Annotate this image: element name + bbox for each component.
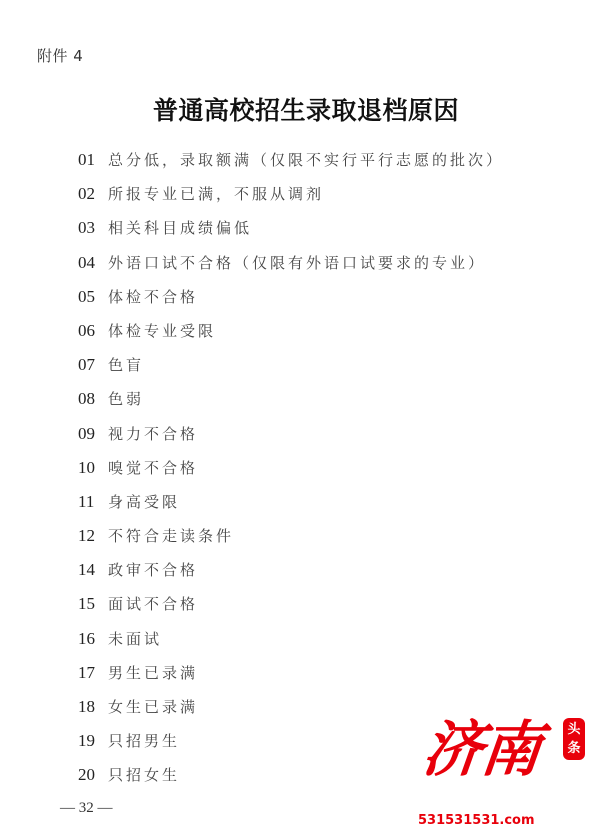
reason-list: 01总分低，录取额满（仅限不实行平行志愿的批次） 02所报专业已满，不服从调剂 … bbox=[78, 148, 504, 798]
page-number: — 32 — bbox=[60, 800, 113, 817]
list-item: 01总分低，录取额满（仅限不实行平行志愿的批次） bbox=[78, 148, 504, 182]
reason-text: 身高受限 bbox=[108, 490, 180, 514]
reason-text: 总分低，录取额满（仅限不实行平行志愿的批次） bbox=[108, 148, 504, 172]
reason-text: 色盲 bbox=[108, 353, 144, 377]
reason-code: 01 bbox=[78, 148, 108, 172]
reason-text: 视力不合格 bbox=[108, 422, 198, 446]
reason-text: 体检不合格 bbox=[108, 285, 198, 309]
list-item: 17男生已录满 bbox=[78, 661, 504, 695]
list-item: 07色盲 bbox=[78, 353, 504, 387]
watermark-logo-text: 济南 bbox=[420, 720, 542, 780]
reason-code: 19 bbox=[78, 729, 108, 753]
reason-code: 09 bbox=[78, 422, 108, 446]
reason-text: 色弱 bbox=[108, 387, 144, 411]
page-title: 普通高校招生录取退档原因 bbox=[0, 91, 600, 127]
reason-code: 12 bbox=[78, 524, 108, 548]
watermark-url: 531531531.com bbox=[418, 813, 535, 828]
reason-code: 11 bbox=[78, 490, 108, 514]
reason-text: 政审不合格 bbox=[108, 558, 198, 582]
reason-text: 男生已录满 bbox=[108, 661, 198, 685]
list-item: 05体检不合格 bbox=[78, 285, 504, 319]
attachment-label: 附件 4 bbox=[37, 45, 83, 66]
reason-code: 17 bbox=[78, 661, 108, 685]
reason-code: 16 bbox=[78, 627, 108, 651]
reason-code: 18 bbox=[78, 695, 108, 719]
reason-text: 体检专业受限 bbox=[108, 319, 216, 343]
reason-code: 15 bbox=[78, 592, 108, 616]
list-item: 06体检专业受限 bbox=[78, 319, 504, 353]
watermark-badge: 头条 bbox=[563, 718, 585, 760]
reason-text: 外语口试不合格（仅限有外语口试要求的专业） bbox=[108, 251, 486, 275]
list-item: 14政审不合格 bbox=[78, 558, 504, 592]
reason-text: 女生已录满 bbox=[108, 695, 198, 719]
reason-code: 10 bbox=[78, 456, 108, 480]
reason-text: 嗅觉不合格 bbox=[108, 456, 198, 480]
reason-code: 07 bbox=[78, 353, 108, 377]
list-item: 02所报专业已满，不服从调剂 bbox=[78, 182, 504, 216]
list-item: 09视力不合格 bbox=[78, 422, 504, 456]
reason-code: 04 bbox=[78, 251, 108, 275]
list-item: 12不符合走读条件 bbox=[78, 524, 504, 558]
reason-code: 08 bbox=[78, 387, 108, 411]
reason-text: 相关科目成绩偏低 bbox=[108, 216, 252, 240]
watermark-logo: 济南 头条 531531531.com bbox=[415, 712, 600, 832]
reason-code: 02 bbox=[78, 182, 108, 206]
reason-text: 只招男生 bbox=[108, 729, 180, 753]
reason-text: 只招女生 bbox=[108, 763, 180, 787]
list-item: 15面试不合格 bbox=[78, 592, 504, 626]
list-item: 16未面试 bbox=[78, 627, 504, 661]
list-item: 03相关科目成绩偏低 bbox=[78, 216, 504, 250]
reason-code: 14 bbox=[78, 558, 108, 582]
reason-text: 未面试 bbox=[108, 627, 162, 651]
list-item: 04外语口试不合格（仅限有外语口试要求的专业） bbox=[78, 251, 504, 285]
reason-text: 面试不合格 bbox=[108, 592, 198, 616]
reason-code: 20 bbox=[78, 763, 108, 787]
reason-text: 不符合走读条件 bbox=[108, 524, 234, 548]
reason-code: 06 bbox=[78, 319, 108, 343]
list-item: 10嗅觉不合格 bbox=[78, 456, 504, 490]
list-item: 11身高受限 bbox=[78, 490, 504, 524]
list-item: 08色弱 bbox=[78, 387, 504, 421]
reason-text: 所报专业已满，不服从调剂 bbox=[108, 182, 324, 206]
reason-code: 03 bbox=[78, 216, 108, 240]
reason-code: 05 bbox=[78, 285, 108, 309]
